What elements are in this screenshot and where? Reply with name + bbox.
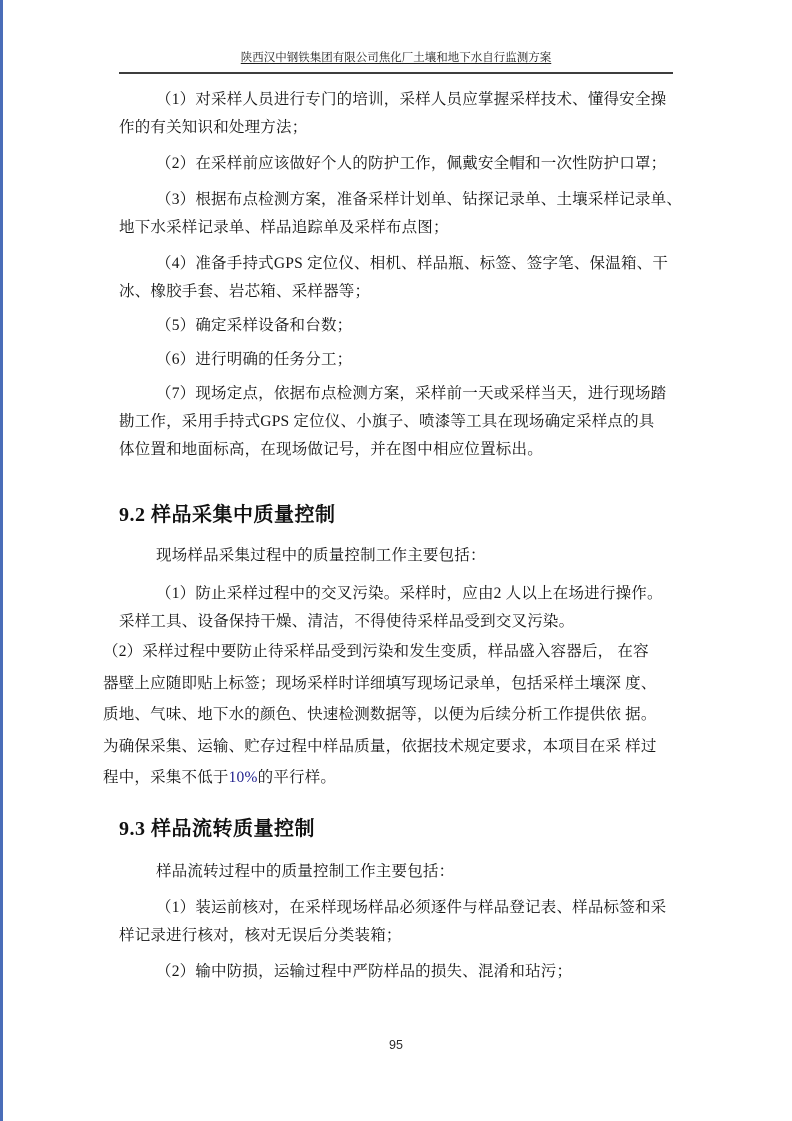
percent-value: 10%: [229, 769, 258, 786]
text-line: （1）对采样人员进行专门的培训，采样人员应掌握采样技术、懂得安全操: [119, 86, 673, 114]
text-line: （4）准备手持式GPS 定位仪、相机、样品瓶、标签、签字笔、保温箱、干: [119, 250, 673, 278]
list-item-5: （5）确定采样设备和台数；: [119, 312, 673, 340]
text-line: 现场样品采集过程中的质量控制工作主要包括：: [119, 542, 673, 570]
section-9-2-item-2: （2）采样过程中要防止待采样品受到污染和发生变质，样品盛入容器后， 在容 器壁上…: [103, 636, 681, 794]
list-item-7: （7）现场定点，依据布点检测方案，采样前一天或采样当天，进行现场踏 勘工作，采用…: [119, 380, 673, 464]
section-9-3-item-2: （2）输中防损，运输过程中严防样品的损失、混淆和玷污；: [119, 958, 673, 986]
text-line: （3）根据布点检测方案，准备采样计划单、钻探记录单、土壤采样记录单、: [119, 186, 673, 214]
text-line: 作的有关知识和处理方法；: [119, 114, 673, 142]
list-item-6: （6）进行明确的任务分工；: [119, 346, 673, 374]
text-line: （6）进行明确的任务分工；: [119, 346, 673, 374]
text-line: 器壁上应随即贴上标签；现场采样时详细填写现场记录单，包括采样土壤深 度、: [103, 668, 681, 700]
section-heading-9-2: 9.2 样品采集中质量控制: [119, 502, 673, 528]
text-line: 勘工作，采用手持式GPS 定位仪、小旗子、喷漆等工具在现场确定采样点的具: [119, 408, 673, 436]
text-line: 程中，采集不低于10%的平行样。: [103, 762, 681, 794]
text-line: 样记录进行核对，核对无误后分类装箱；: [119, 922, 673, 950]
list-item-4: （4）准备手持式GPS 定位仪、相机、样品瓶、标签、签字笔、保温箱、干 冰、橡胶…: [119, 250, 673, 306]
list-item-1: （1）对采样人员进行专门的培训，采样人员应掌握采样技术、懂得安全操 作的有关知识…: [119, 86, 673, 142]
text-segment: 的平行样。: [258, 769, 337, 786]
section-heading-9-3: 9.3 样品流转质量控制: [119, 816, 673, 842]
section-9-2-intro: 现场样品采集过程中的质量控制工作主要包括：: [119, 542, 673, 570]
text-segment: 程中，采集不低于: [103, 769, 229, 786]
text-line: （1）防止采样过程中的交叉污染。采样时，应由2 人以上在场进行操作。: [119, 580, 673, 608]
text-line: （1）装运前核对，在采样现场样品必须逐件与样品登记表、样品标签和采: [119, 894, 673, 922]
list-item-2: （2）在采样前应该做好个人的防护工作，佩戴安全帽和一次性防护口罩；: [119, 150, 673, 178]
text-line: （2）输中防损，运输过程中严防样品的损失、混淆和玷污；: [119, 958, 673, 986]
document-page: 陕西汉中钢铁集团有限公司焦化厂土壤和地下水自行监测方案 （1）对采样人员进行专门…: [0, 0, 792, 1121]
text-line: 地下水采样记录单、样品追踪单及采样布点图；: [119, 214, 673, 242]
text-line: （5）确定采样设备和台数；: [119, 312, 673, 340]
text-line: 冰、橡胶手套、岩芯箱、采样器等；: [119, 278, 673, 306]
list-item-3: （3）根据布点检测方案，准备采样计划单、钻探记录单、土壤采样记录单、 地下水采样…: [119, 186, 673, 242]
text-line: 质地、气味、地下水的颜色、快速检测数据等，以便为后续分析工作提供依 据。: [103, 699, 681, 731]
left-edge-accent-bar: [0, 0, 3, 1121]
text-line: （2）采样过程中要防止待采样品受到污染和发生变质，样品盛入容器后， 在容: [103, 636, 681, 668]
text-line: （7）现场定点，依据布点检测方案，采样前一天或采样当天，进行现场踏: [119, 380, 673, 408]
page-number: 95: [0, 1038, 792, 1052]
document-body: （1）对采样人员进行专门的培训，采样人员应掌握采样技术、懂得安全操 作的有关知识…: [119, 86, 673, 986]
section-9-3-item-1: （1）装运前核对，在采样现场样品必须逐件与样品登记表、样品标签和采 样记录进行核…: [119, 894, 673, 950]
text-line: 体位置和地面标高，在现场做记号，并在图中相应位置标出。: [119, 436, 673, 464]
page-header: 陕西汉中钢铁集团有限公司焦化厂土壤和地下水自行监测方案: [119, 50, 673, 74]
header-title: 陕西汉中钢铁集团有限公司焦化厂土壤和地下水自行监测方案: [241, 52, 552, 64]
text-line: （2）在采样前应该做好个人的防护工作，佩戴安全帽和一次性防护口罩；: [119, 150, 673, 178]
text-line: 样品流转过程中的质量控制工作主要包括：: [119, 858, 673, 886]
section-9-3-intro: 样品流转过程中的质量控制工作主要包括：: [119, 858, 673, 886]
section-9-2-item-1: （1）防止采样过程中的交叉污染。采样时，应由2 人以上在场进行操作。 采样工具、…: [119, 580, 673, 636]
text-line: 为确保采集、运输、贮存过程中样品质量，依据技术规定要求，本项目在采 样过: [103, 731, 681, 763]
text-line: 采样工具、设备保持干燥、清洁，不得使待采样品受到交叉污染。: [119, 608, 673, 636]
